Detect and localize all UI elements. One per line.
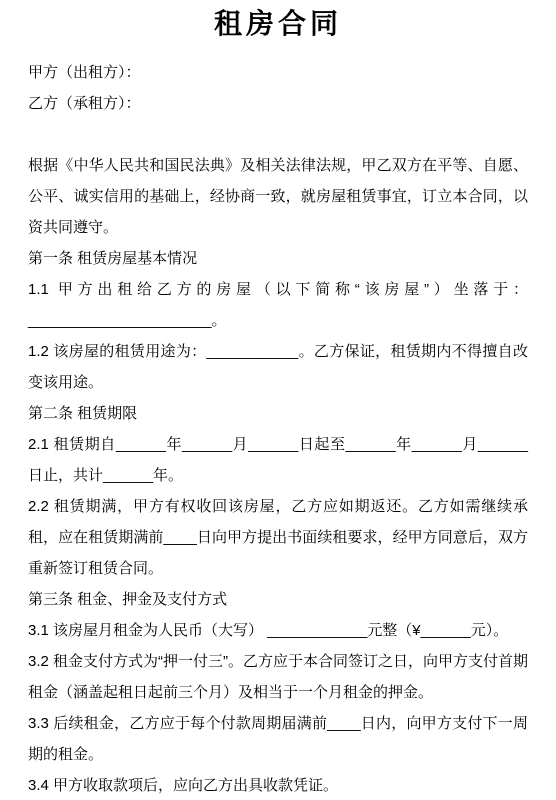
contract-paragraph: 1.1 甲方出租给乙方的房屋（以下简称“该房屋”）坐落于：___________… [28, 274, 528, 336]
contract-paragraph: 2.1 租赁期自______年______月______日起至______年__… [28, 429, 528, 491]
party-line: 乙方（承租方）： [28, 88, 528, 119]
contract-paragraph: 2.2 租赁期满，甲方有权收回该房屋，乙方应如期返还。乙方如需继续承租，应在租赁… [28, 491, 528, 584]
contract-paragraph: 3.3 后续租金，乙方应于每个付款周期届满前____日内，向甲方支付下一周期的租… [28, 708, 528, 770]
blank-line [28, 119, 528, 150]
contract-paragraph: 3.1 该房屋月租金为人民币（大写） ____________元整（¥_____… [28, 615, 528, 646]
contract-paragraph: 3.4 甲方收取款项后，应向乙方出具收款凭证。 [28, 770, 528, 800]
document-title: 租房合同 [28, 5, 528, 45]
section-heading: 第二条 租赁期限 [28, 398, 528, 429]
section-heading: 第一条 租赁房屋基本情况 [28, 243, 528, 274]
document-body: 甲方（出租方）：乙方（承租方）： 根据《中华人民共和国民法典》及相关法律法规，甲… [28, 57, 528, 800]
party-line: 甲方（出租方）： [28, 57, 528, 88]
contract-paragraph: 根据《中华人民共和国民法典》及相关法律法规，甲乙双方在平等、自愿、公平、诚实信用… [28, 150, 528, 243]
contract-paragraph: 3.2 租金支付方式为“押一付三”。乙方应于本合同签订之日，向甲方支付首期租金（… [28, 646, 528, 708]
section-heading: 第三条 租金、押金及支付方式 [28, 584, 528, 615]
contract-document: 租房合同 甲方（出租方）：乙方（承租方）： 根据《中华人民共和国民法典》及相关法… [0, 0, 556, 800]
contract-paragraph: 1.2 该房屋的租赁用途为：___________。乙方保证，租赁期内不得擅自改… [28, 336, 528, 398]
